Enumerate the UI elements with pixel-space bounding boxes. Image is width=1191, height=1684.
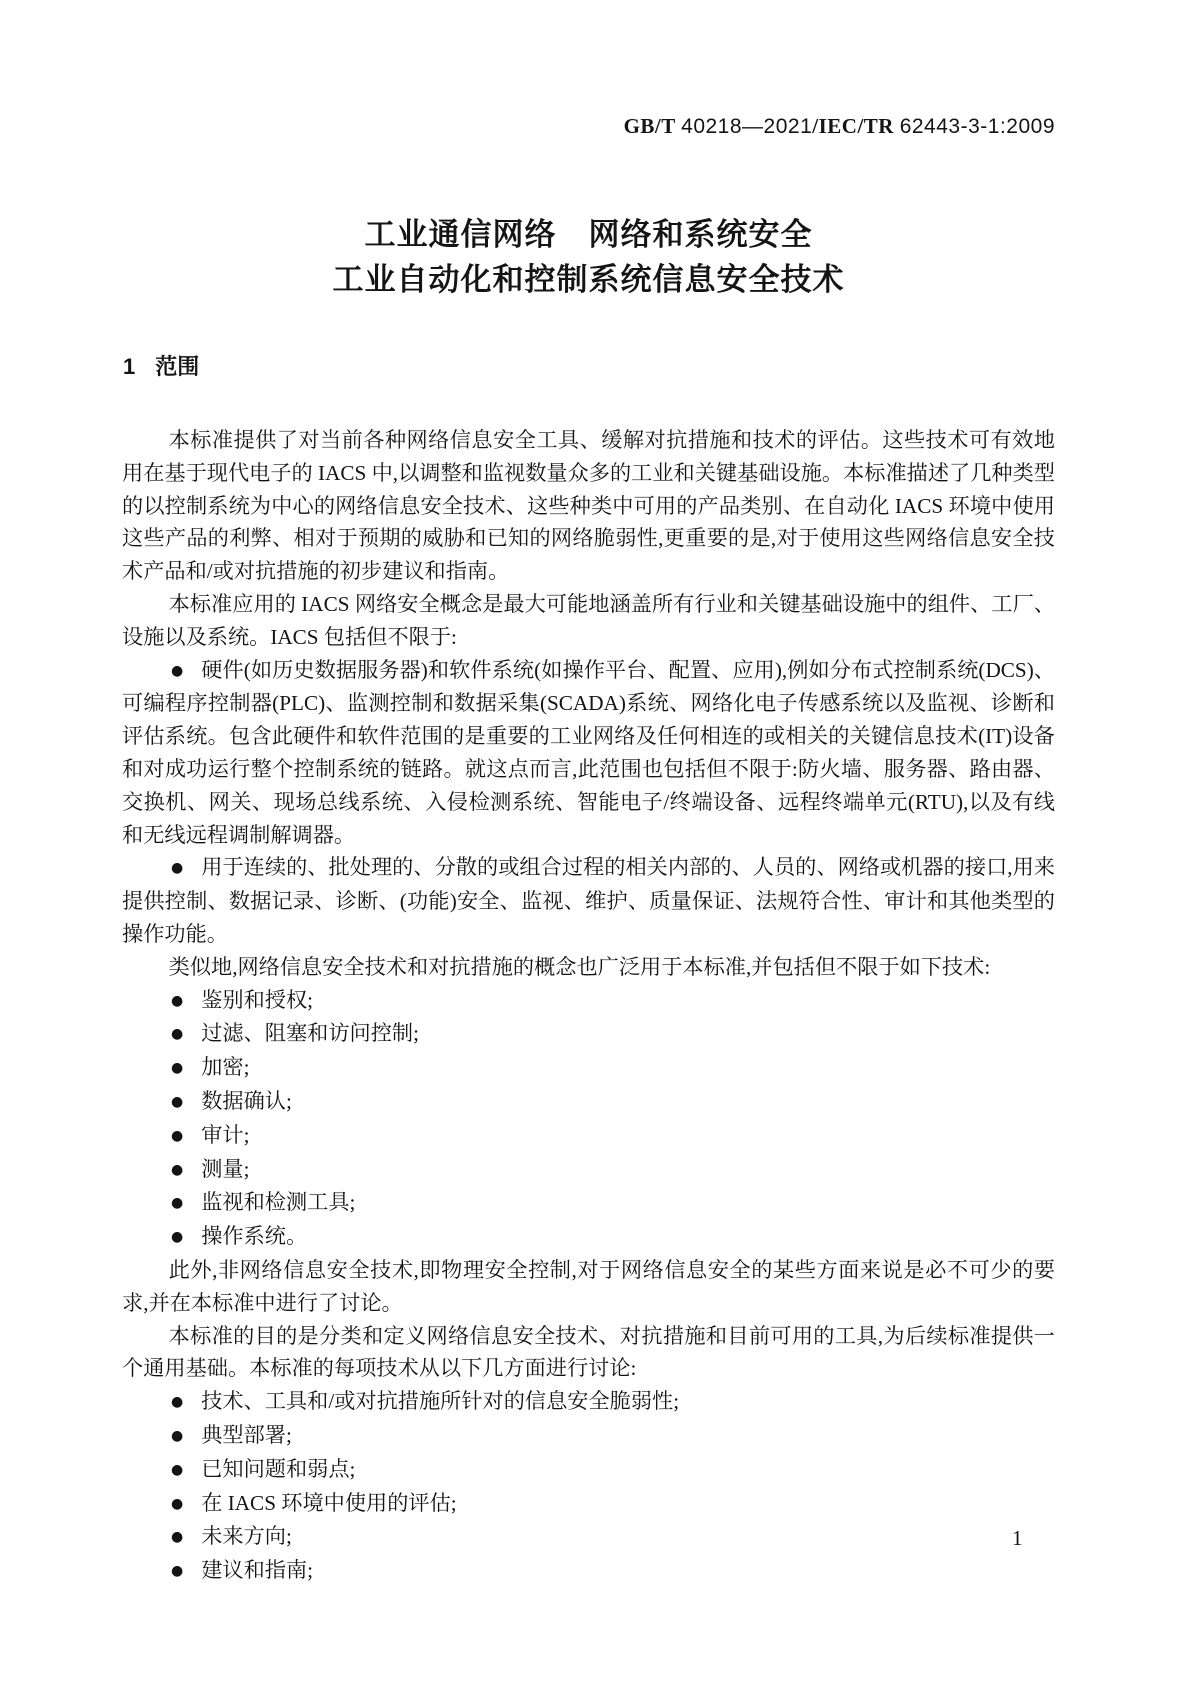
bullet-icon: ● [171,1462,183,1478]
bullet-text: 监视和检测工具; [201,1190,355,1214]
page-number: 1 [1012,1526,1023,1551]
title-line-2: 工业自动化和控制系统信息安全技术 [122,257,1055,302]
bullet-text: 过滤、阻塞和访问控制; [201,1021,419,1045]
bullet-item: ●鉴别和授权; [122,984,1055,1018]
bullet-icon: ● [171,1529,183,1545]
bullet-text: 硬件(如历史数据服务器)和软件系统(如操作平台、配置、应用),例如分布式控制系统… [122,658,1055,847]
bullet-icon: ● [171,1394,183,1410]
bullet-text: 用于连续的、批处理的、分散的或组合过程的相关内部的、人员的、网络或机器的接口,用… [122,855,1055,946]
bullet-item: ●建议和指南; [122,1554,1055,1588]
bullet-item: ●硬件(如历史数据服务器)和软件系统(如操作平台、配置、应用),例如分布式控制系… [122,654,1055,852]
bullet-text: 未来方向; [201,1524,292,1548]
bullet-item: ●已知问题和弱点; [122,1453,1055,1487]
bullet-icon: ● [171,1060,183,1076]
document-title: 工业通信网络 网络和系统安全 工业自动化和控制系统信息安全技术 [122,212,1055,302]
doc-code-part: 62443-3-1:2009 [900,115,1055,138]
bullet-icon: ● [171,1162,183,1178]
bullet-item: ●未来方向; [122,1520,1055,1554]
bullet-item: ●用于连续的、批处理的、分散的或组合过程的相关内部的、人员的、网络或机器的接口,… [122,851,1055,950]
bullet-text: 操作系统。 [201,1224,307,1248]
bullet-icon: ● [171,1026,183,1042]
bullet-text: 鉴别和授权; [201,988,313,1012]
bullet-item: ●操作系统。 [122,1220,1055,1254]
section-heading: 1范围 [123,350,199,381]
body-text: 本标准提供了对当前各种网络信息安全工具、缓解对抗措施和技术的评估。这些技术可有效… [122,424,1055,1588]
bullet-text: 技术、工具和/或对抗措施所针对的信息安全脆弱性; [201,1389,679,1413]
doc-code: GB/T 40218—2021/IEC/TR 62443-3-1:2009 [122,114,1055,139]
bullet-icon: ● [171,1563,183,1579]
paragraph: 此外,非网络信息安全技术,即物理安全控制,对于网络信息安全的某些方面来说是必不可… [122,1254,1055,1320]
bullet-item: ●监视和检测工具; [122,1186,1055,1220]
doc-code-part: /IEC/TR [812,114,899,138]
bullet-icon: ● [171,663,183,679]
bullet-text: 建议和指南; [201,1558,313,1582]
bullet-item: ●过滤、阻塞和访问控制; [122,1017,1055,1051]
bullet-icon: ● [171,1229,183,1245]
bullet-text: 在 IACS 环境中使用的评估; [201,1491,456,1515]
bullet-item: ●典型部署; [122,1419,1055,1453]
section-number: 1 [123,354,135,380]
bullet-text: 数据确认; [201,1089,292,1113]
bullet-text: 典型部署; [201,1423,292,1447]
paragraph: 本标准的目的是分类和定义网络信息安全技术、对抗措施和目前可用的工具,为后续标准提… [122,1320,1055,1386]
document-page: GB/T 40218—2021/IEC/TR 62443-3-1:2009 工业… [0,0,1191,1684]
title-line-1: 工业通信网络 网络和系统安全 [122,212,1055,257]
bullet-item: ●加密; [122,1051,1055,1085]
bullet-item: ●数据确认; [122,1085,1055,1119]
bullet-item: ●在 IACS 环境中使用的评估; [122,1487,1055,1521]
paragraph: 本标准应用的 IACS 网络安全概念是最大可能地涵盖所有行业和关键基础设施中的组… [122,588,1055,654]
bullet-text: 已知问题和弱点; [201,1457,355,1481]
bullet-icon: ● [171,993,183,1009]
paragraph: 本标准提供了对当前各种网络信息安全工具、缓解对抗措施和技术的评估。这些技术可有效… [122,424,1055,588]
bullet-item: ●审计; [122,1119,1055,1153]
bullet-icon: ● [171,1496,183,1512]
doc-code-part: GB/T [624,114,682,138]
bullet-icon: ● [171,1094,183,1110]
bullet-icon: ● [171,860,183,876]
paragraph: 类似地,网络信息安全技术和对抗措施的概念也广泛用于本标准,并包括但不限于如下技术… [122,951,1055,984]
bullet-text: 审计; [201,1123,249,1147]
bullet-item: ●测量; [122,1153,1055,1187]
section-title: 范围 [155,354,199,379]
doc-code-part: 40218—2021 [681,115,812,138]
bullet-icon: ● [171,1428,183,1444]
bullet-text: 测量; [201,1157,249,1181]
bullet-item: ●技术、工具和/或对抗措施所针对的信息安全脆弱性; [122,1385,1055,1419]
bullet-icon: ● [171,1128,183,1144]
bullet-icon: ● [171,1195,183,1211]
bullet-text: 加密; [201,1055,249,1079]
